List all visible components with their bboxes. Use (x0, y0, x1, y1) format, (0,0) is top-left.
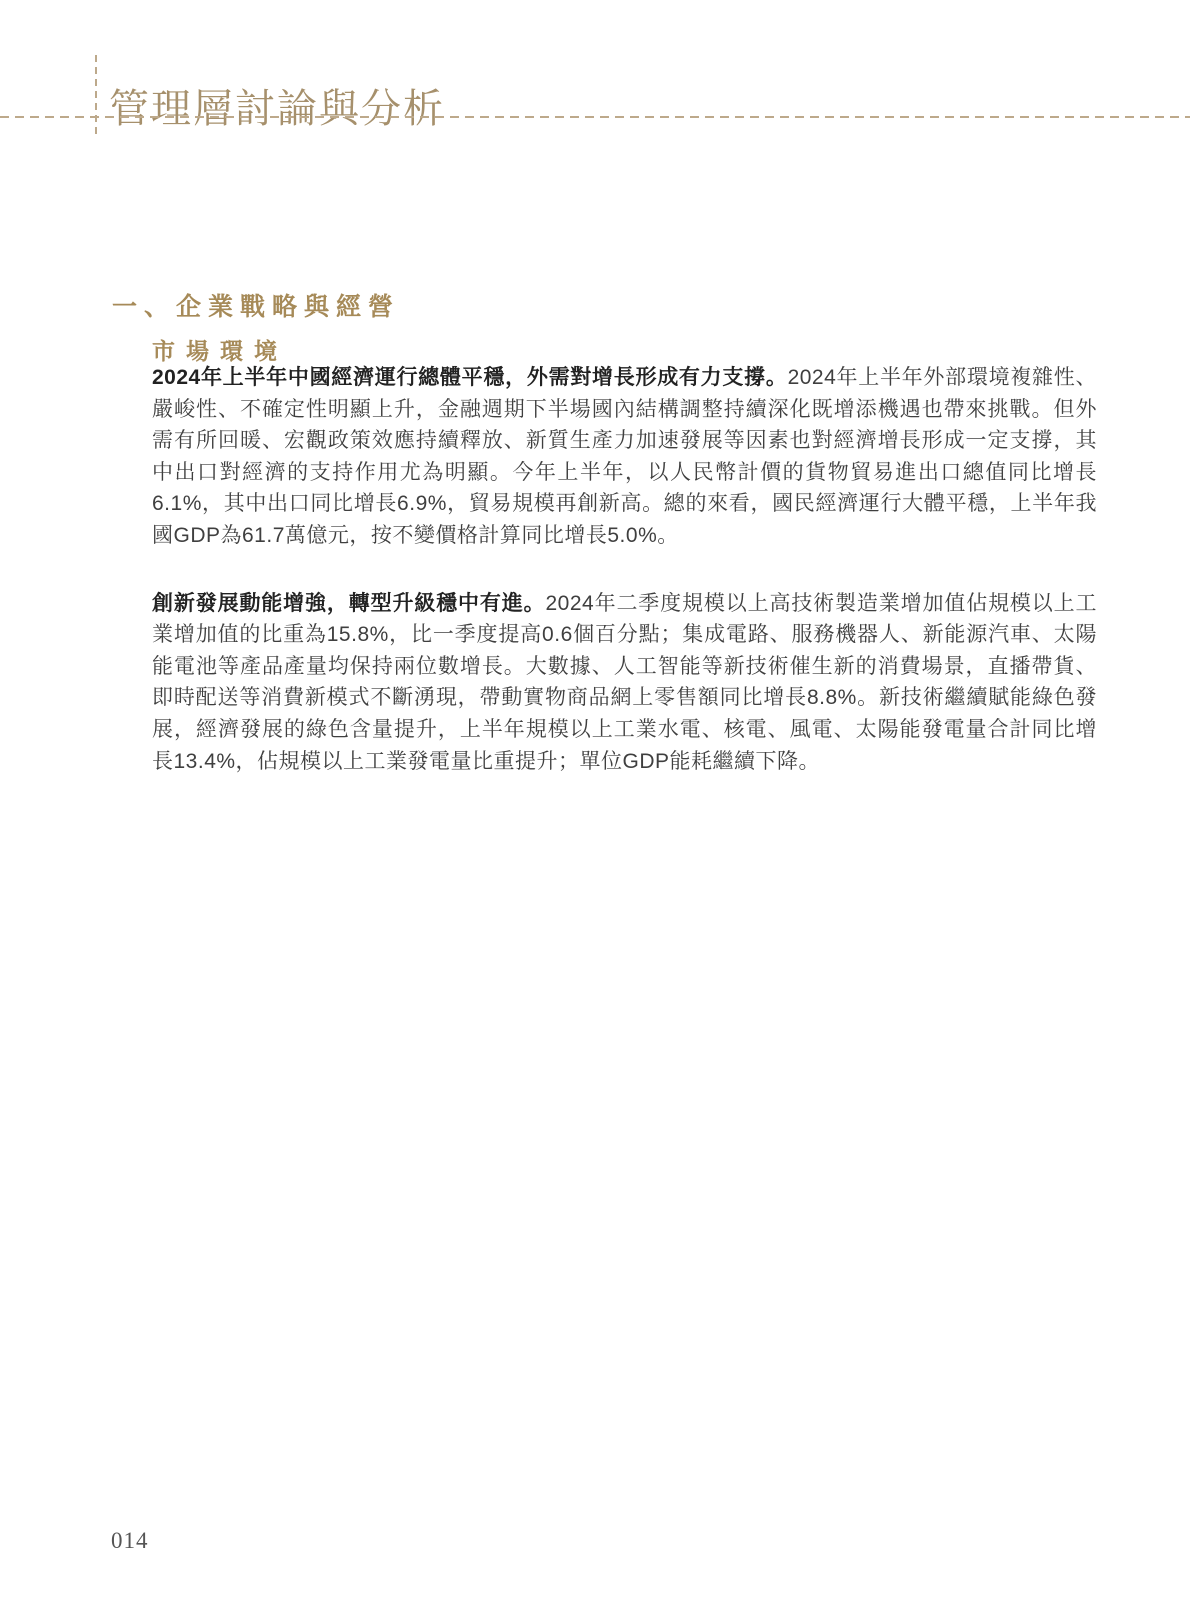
paragraph-body: 2024年上半年外部環境複雜性、嚴峻性、不確定性明顯上升，金融週期下半場國內結構… (152, 366, 1097, 547)
page-number: 014 (111, 1528, 149, 1554)
paragraph: 創新發展動能增強，轉型升級穩中有進。2024年二季度規模以上高技術製造業增加值佔… (152, 588, 1097, 778)
paragraph-lead: 2024年上半年中國經濟運行總體平穩，外需對增長形成有力支撐。 (152, 366, 788, 389)
document-title: 管理層討論與分析 (109, 85, 445, 133)
section-heading: 一、企業戰略與經營 (112, 292, 400, 322)
subsection-heading: 市場環境 (152, 337, 288, 365)
header-horizontal-dashed-rule (0, 116, 1190, 118)
report-page: 管理層討論與分析 一、企業戰略與經營 市場環境 2024年上半年中國經濟運行總體… (0, 0, 1190, 1615)
header-vertical-dashed-rule (95, 55, 97, 135)
paragraph: 2024年上半年中國經濟運行總體平穩，外需對增長形成有力支撐。2024年上半年外… (152, 362, 1097, 552)
paragraph-body: 2024年二季度規模以上高技術製造業增加值佔規模以上工業增加值的比重為15.8%… (152, 592, 1097, 773)
body-text-block: 2024年上半年中國經濟運行總體平穩，外需對增長形成有力支撐。2024年上半年外… (152, 362, 1097, 777)
paragraph-lead: 創新發展動能增強，轉型升級穩中有進。 (152, 592, 546, 615)
